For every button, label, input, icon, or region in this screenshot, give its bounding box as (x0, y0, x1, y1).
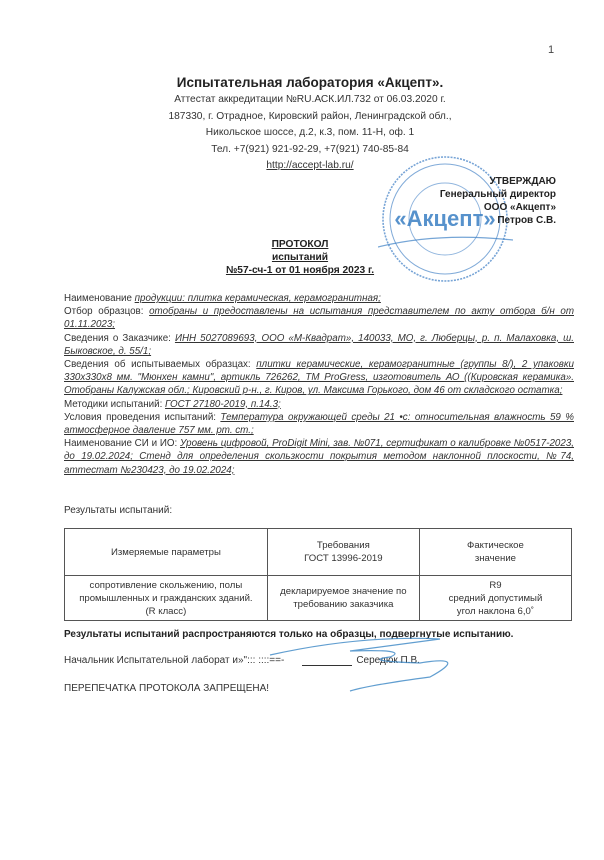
results-table: Измеряемые параметры Требования ГОСТ 139… (64, 528, 572, 621)
protocol-title: ПРОТОКОЛ испытаний №57-сч-1 от 01 ноября… (200, 238, 400, 277)
table-cell: декларируемое значение по требованию зак… (267, 576, 419, 621)
protocol-number: №57-сч-1 от 01 ноября 2023 г. (200, 264, 400, 277)
results-label: Результаты испытаний: (64, 505, 172, 516)
table-cell: сопротивление скольжению, полы промышлен… (65, 576, 268, 621)
approval-company: ООО «Акцепт» (418, 201, 556, 214)
address-line-1: 187330, г. Отрадное, Кировский район, Ле… (120, 109, 500, 126)
field-product: Наименование продукции: плитка керамичес… (64, 292, 574, 305)
field-sampling: Отбор образцов: отобраны и предоставлены… (64, 305, 574, 331)
approval-heading: УТВЕРЖДАЮ (418, 175, 556, 188)
table-header-row: Измеряемые параметры Требования ГОСТ 139… (65, 529, 572, 576)
accreditation: Аттестат аккредитации №RU.АСК.ИЛ.732 от … (120, 92, 500, 109)
header-cell: Измеряемые параметры (65, 529, 268, 576)
protocol-subtitle: испытаний (200, 251, 400, 264)
field-methods: Методики испытаний: ГОСТ 27180-2019, п.1… (64, 398, 574, 411)
approval-position: Генеральный директор (418, 188, 556, 201)
address-line-2: Никольское шоссе, д.2, к.3, пом. 11-Н, о… (120, 125, 500, 142)
page-number: 1 (548, 44, 554, 56)
header-cell: Требования ГОСТ 13996-2019 (267, 529, 419, 576)
approval-block: УТВЕРЖДАЮ Генеральный директор ООО «Акце… (418, 175, 556, 227)
field-customer: Сведения о Заказчике: ИНН 5027089693, ОО… (64, 332, 574, 358)
field-samples: Сведения об испытываемых образцах: плитк… (64, 358, 574, 398)
field-conditions: Условия проведения испытаний: Температур… (64, 411, 574, 437)
lab-title: Испытательная лаборатория «Акцепт». (120, 74, 500, 92)
protocol-fields: Наименование продукции: плитка керамичес… (64, 292, 574, 477)
table-row: сопротивление скольжению, полы промышлен… (65, 576, 572, 621)
handwritten-signature (240, 625, 480, 705)
table-cell: R9 средний допустимый угол наклона 6,0˚ (419, 576, 571, 621)
field-equipment: Наименование СИ и ИО: Уровень цифровой, … (64, 437, 574, 477)
header-cell: Фактическое значение (419, 529, 571, 576)
approval-signer: Петров С.В. (418, 214, 556, 227)
reprint-warning: ПЕРЕПЕЧАТКА ПРОТОКОЛА ЗАПРЕЩЕНА! (64, 683, 269, 694)
protocol-heading: ПРОТОКОЛ (200, 238, 400, 251)
